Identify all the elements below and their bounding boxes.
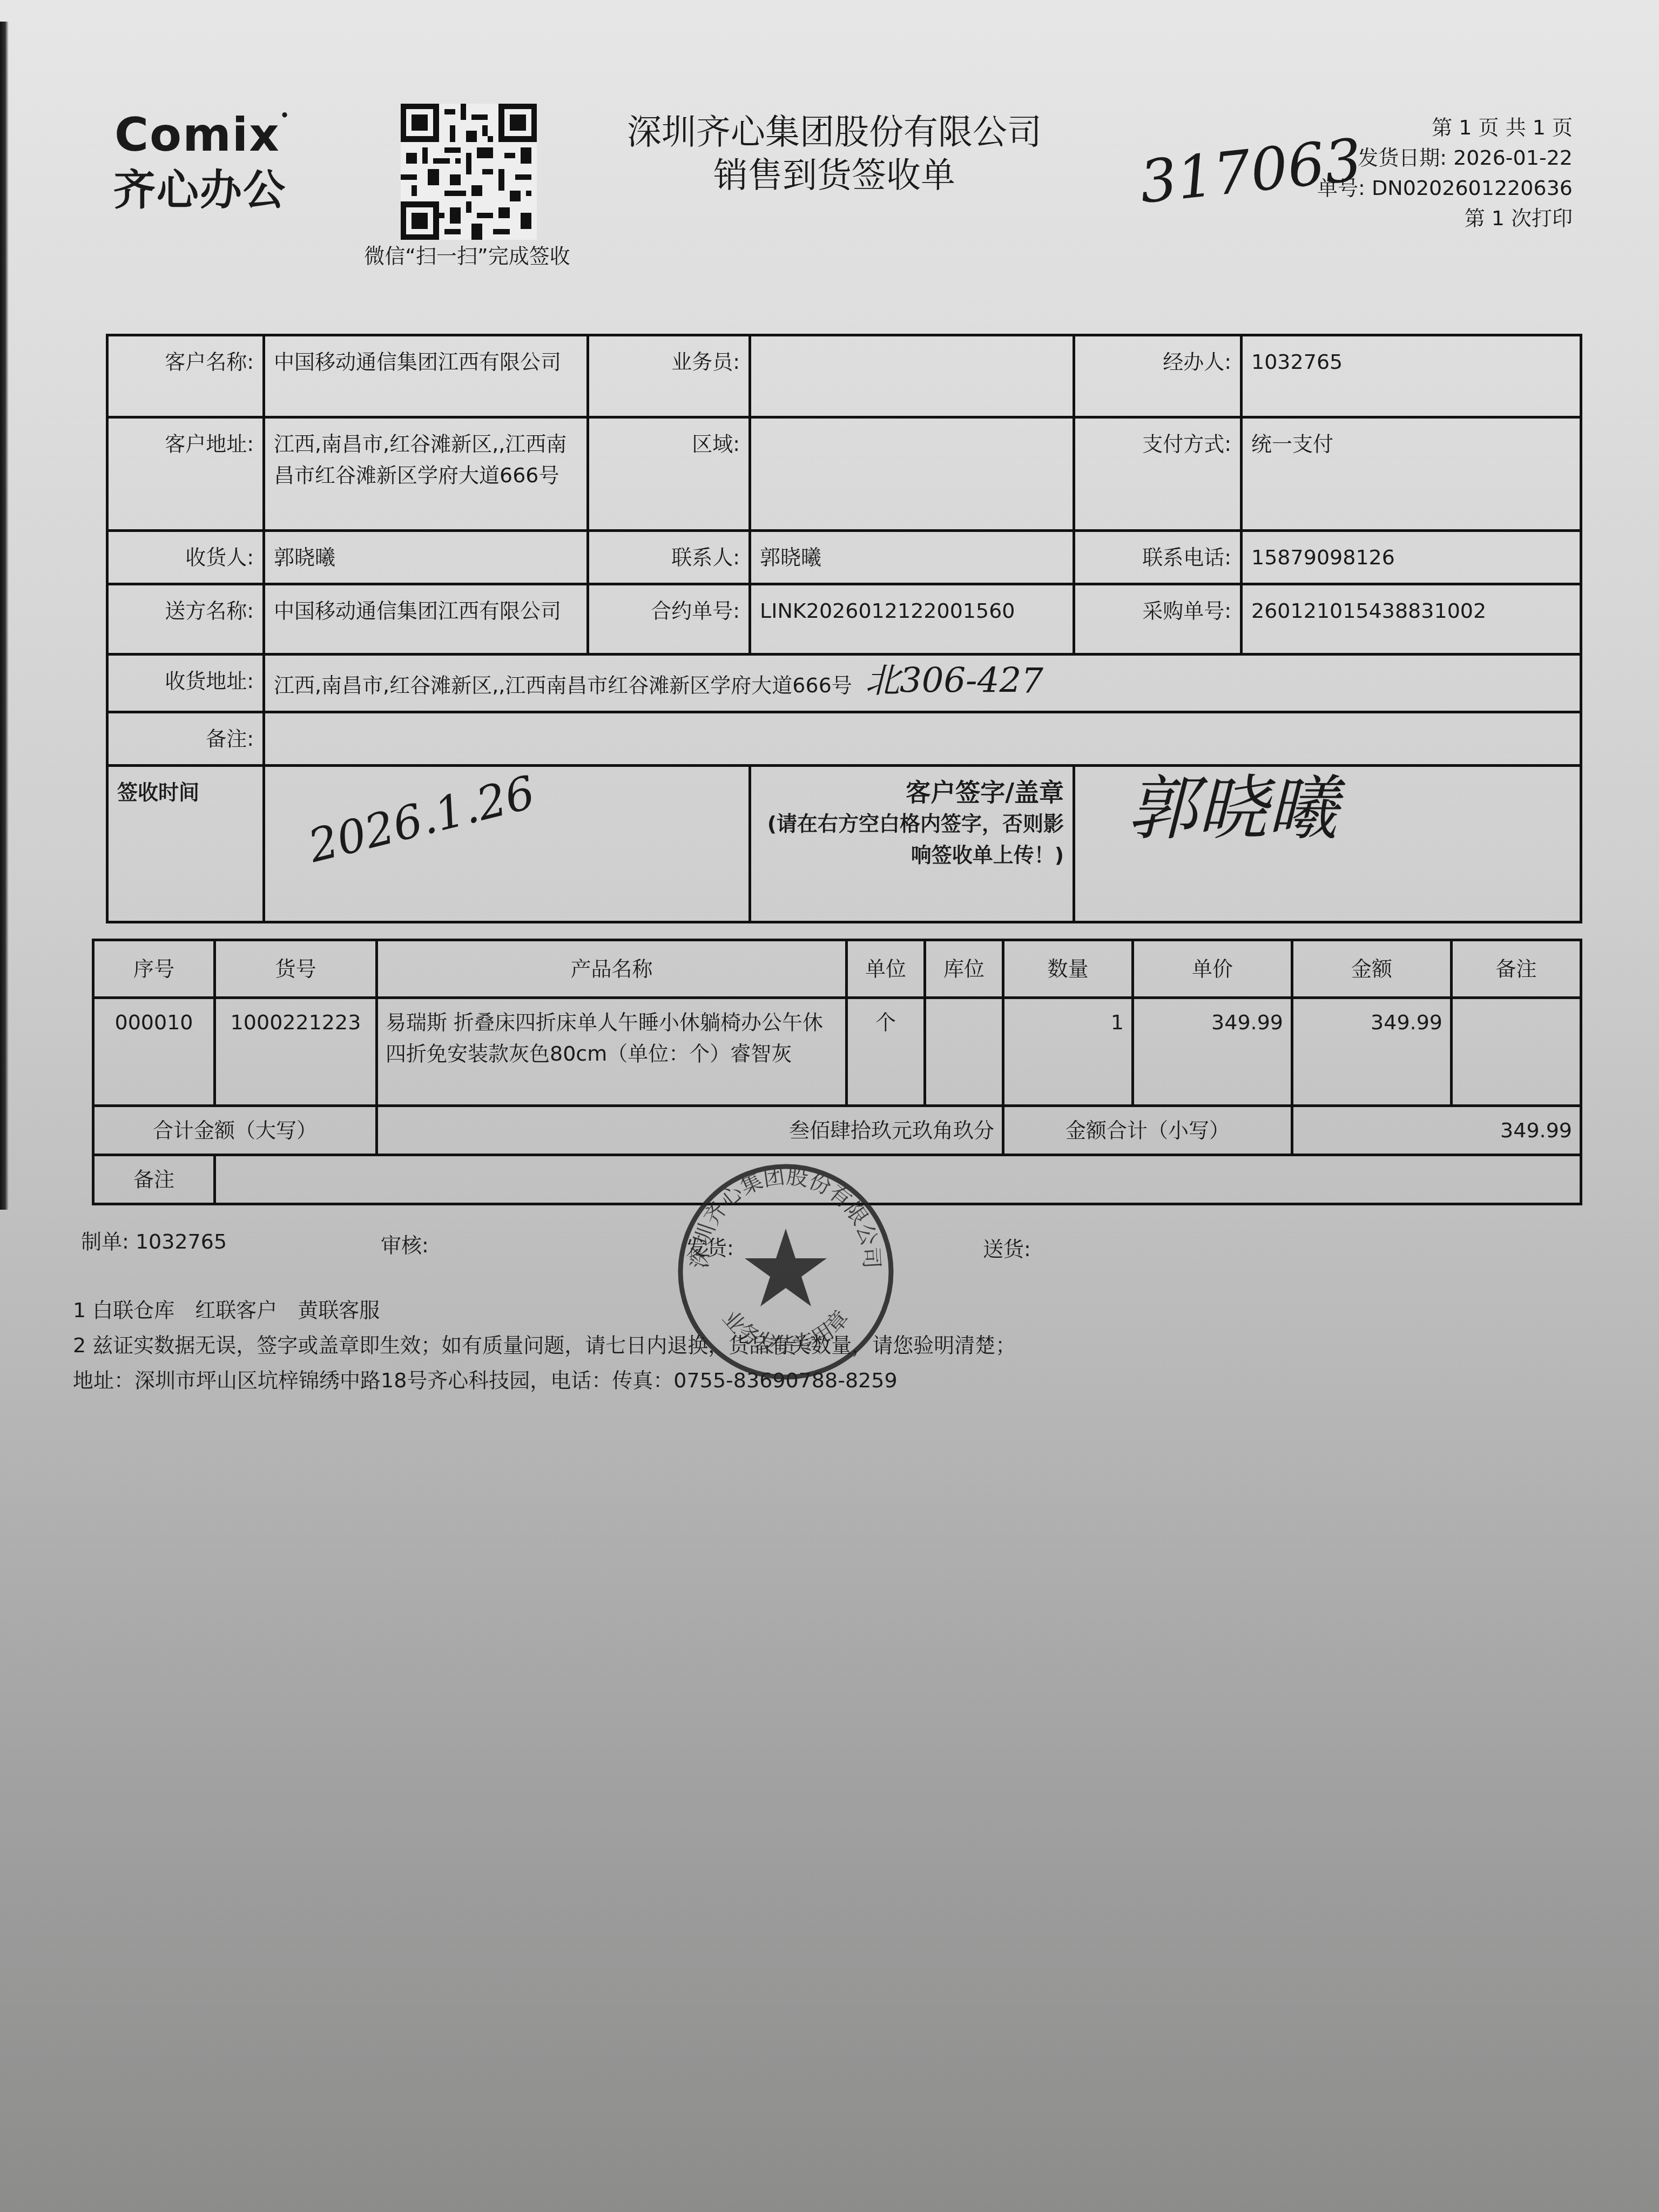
receiver-label: 收货人: [107,531,264,584]
contact: 郭晓曦 [750,531,1074,584]
deliver-label: 送货: [983,1232,1031,1266]
col-amount: 金额 [1292,940,1452,998]
qr-caption: 微信“扫一扫”完成签收 [356,240,578,272]
col-sku: 货号 [215,940,377,998]
contact-label: 联系人: [588,531,750,584]
comix-logo: Comix• [114,108,290,162]
ship-to: 中国移动通信集团江西有限公司 [264,584,588,655]
phone: 15879098126 [1242,531,1581,584]
receiver: 郭晓曦 [264,531,588,584]
row-sku: 1000221223 [215,998,377,1106]
total-lower: 349.99 [1292,1106,1581,1155]
po-label: 采购单号: [1074,584,1242,655]
document-meta: 第 1 页 共 1 页 发货日期: 2026-01-22 单号: DN02026… [1317,112,1573,233]
contract-number: LINK2026012122001560 [750,584,1074,655]
copy-distribution-note: 1 白联仓库 红联客户 黄联客服 [73,1293,380,1327]
total-upper-label: 合计金额（大写） [93,1106,377,1155]
phone-label: 联系电话: [1074,531,1242,584]
region-label: 区域: [588,417,750,531]
row-price: 349.99 [1133,998,1292,1106]
remark [264,712,1581,766]
region [750,417,1074,531]
company-seal-icon: 深圳齐心集团股份有限公司 业务发货专用章 [672,1158,899,1385]
col-unit: 单位 [847,940,925,998]
comix-logo-cn: 齐心办公 [113,157,286,217]
items-remark-label: 备注 [93,1155,215,1204]
row-unit: 个 [847,998,925,1106]
contract-label: 合约单号: [588,584,750,655]
handler: 1032765 [1242,335,1581,417]
svg-text:业务发货专用章: 业务发货专用章 [717,1306,854,1358]
customer-info-table: 客户名称: 中国移动通信集团江西有限公司 业务员: 经办人: 1032765 客… [106,334,1582,923]
col-location: 库位 [925,940,1003,998]
total-upper: 叁佰肆拾玖元玖角玖分 [377,1106,1003,1155]
sign-time: 2026.1.26 [264,766,750,922]
company-name: 深圳齐心集团股份有限公司 [610,111,1058,154]
salesperson-label: 业务员: [588,335,750,417]
delivery-address-label: 收货地址: [107,655,264,712]
col-remark: 备注 [1452,940,1581,998]
row-remark [1452,998,1581,1106]
col-seq: 序号 [93,940,215,998]
payment-method: 统一支付 [1242,417,1581,531]
customer-address: 江西,南昌市,红谷滩新区,,江西南昌市红谷滩新区学府大道666号 [264,417,588,531]
customer-signature-box[interactable]: 郭晓曦 [1074,766,1581,922]
doc-title: 销售到货签收单 [610,154,1058,197]
ship-to-label: 送方名称: [107,584,264,655]
document-title: 深圳齐心集团股份有限公司 销售到货签收单 [610,111,1058,197]
page-info: 第 1 页 共 1 页 [1317,112,1573,143]
row-seq: 000010 [93,998,215,1106]
customer-address-label: 客户地址: [107,417,264,531]
remark-label: 备注: [107,712,264,766]
qr-code-icon [401,104,537,240]
col-qty: 数量 [1003,940,1133,998]
row-qty: 1 [1003,998,1133,1106]
customer-sign-instruction: 客户签字/盖章 (请在右方空白格内签字，否则影响签收单上传！) [750,766,1074,922]
handler-label: 经办人: [1074,335,1242,417]
col-product-name: 产品名称 [377,940,847,998]
delivery-address: 江西,南昌市,红谷滩新区,,江西南昌市红谷滩新区学府大道666号 北306-42… [264,655,1581,712]
col-price: 单价 [1133,940,1292,998]
items-header: 序号 货号 产品名称 单位 库位 数量 单价 金额 备注 [93,940,1581,998]
sign-time-label: 签收时间 [107,766,264,922]
payment-label: 支付方式: [1074,417,1242,531]
maker: 制单: 1032765 [81,1225,227,1258]
review-label: 审核: [381,1229,429,1262]
row-amount: 349.99 [1292,998,1452,1106]
paper-edge-shadow [0,22,9,1210]
po-number: 260121015438831002 [1242,584,1581,655]
customer-signature: 郭晓曦 [1127,793,1338,824]
customer-name: 中国移动通信集团江西有限公司 [264,335,588,417]
order-number: 单号: DN0202601220636 [1317,173,1573,203]
handwritten-room-number: 北306-427 [865,665,1043,697]
total-lower-label: 金额合计（小写） [1003,1106,1292,1155]
ship-date: 发货日期: 2026-01-22 [1317,143,1573,173]
print-count: 第 1 次打印 [1317,203,1573,233]
customer-name-label: 客户名称: [107,335,264,417]
row-location [925,998,1003,1106]
table-row: 000010 1000221223 易瑞斯 折叠床四折床单人午睡小休躺椅办公午休… [93,998,1581,1106]
row-product-name: 易瑞斯 折叠床四折床单人午睡小休躺椅办公午休 四折免安装款灰色80cm（单位：个… [377,998,847,1106]
handwritten-sign-date: 2026.1.26 [306,776,537,862]
salesperson [750,335,1074,417]
